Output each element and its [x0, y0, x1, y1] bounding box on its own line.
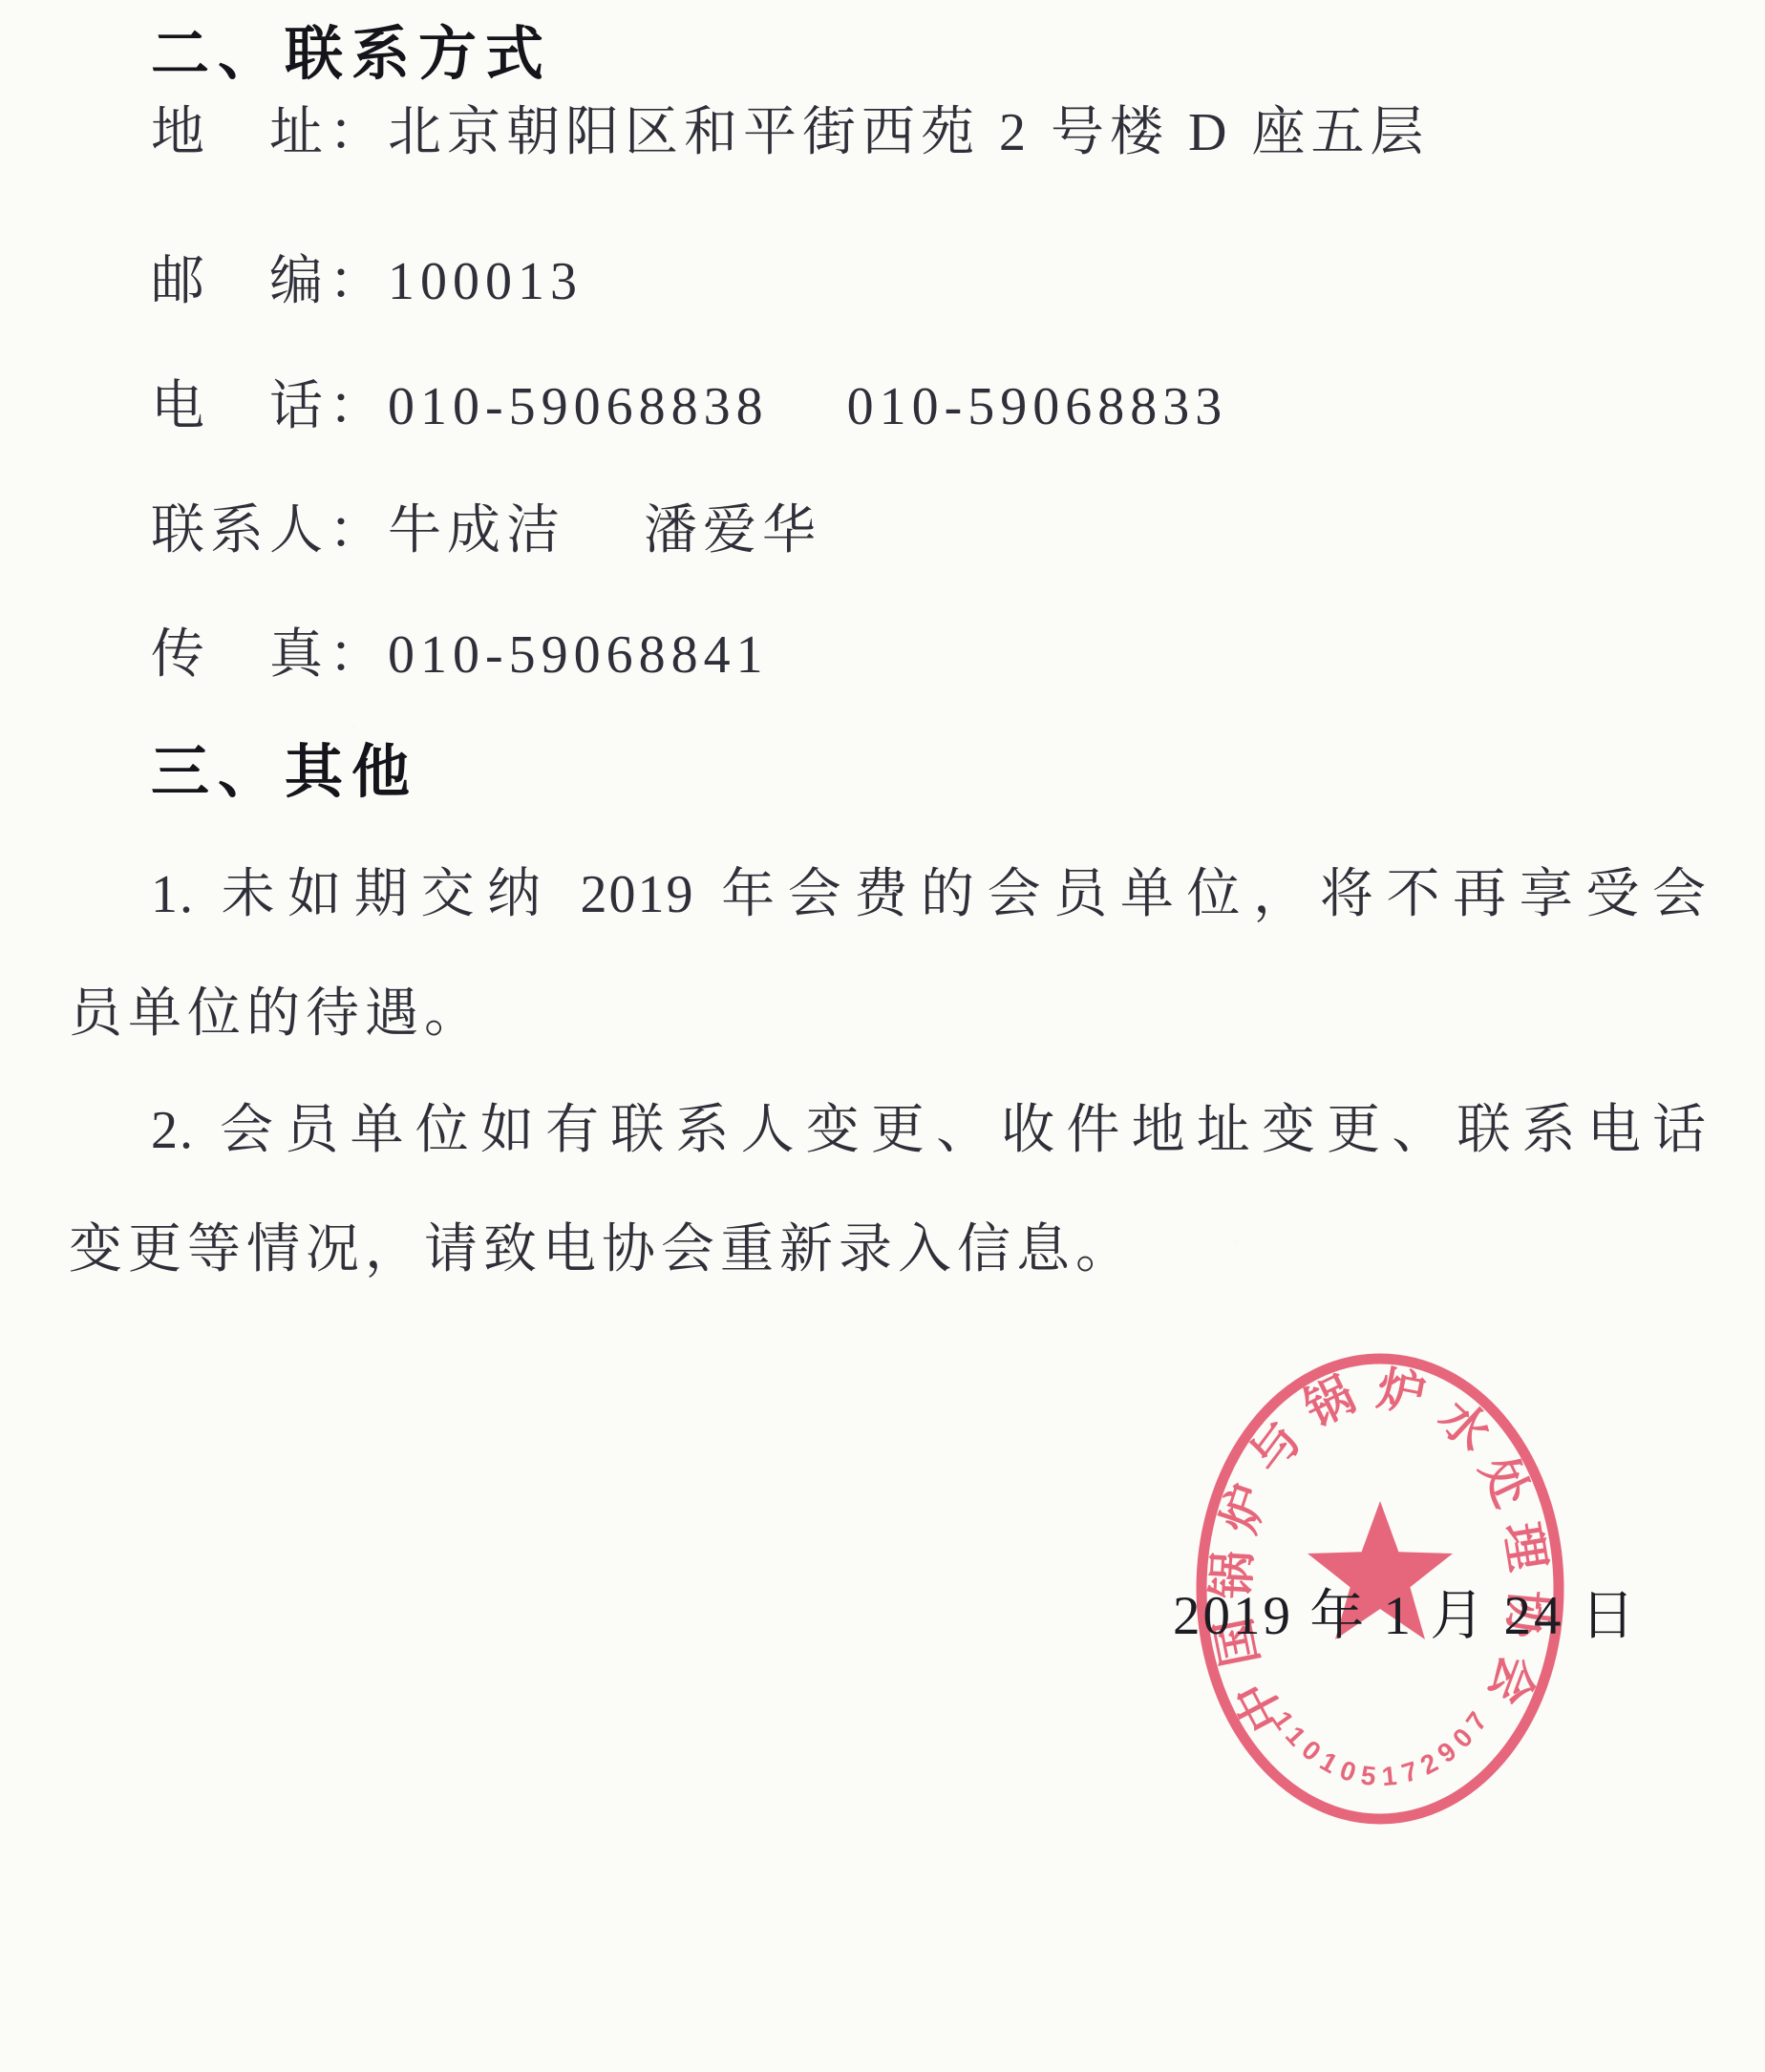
- other-item1-line1: 1. 未如期交纳 2019 年会费的会员单位，将不再享受会: [151, 852, 1708, 928]
- document-date: 2019 年 1 月 24 日: [1173, 1572, 1638, 1650]
- section-heading-contact: 二、联系方式: [151, 8, 552, 91]
- contact-line-address: 地 址：北京朝阳区和平街西苑 2 号楼 D 座五层: [151, 90, 1429, 166]
- section-heading-other: 三、其他: [151, 726, 418, 809]
- contact-line-fax: 传 真：010-59068841: [151, 612, 769, 688]
- contact-line-zipcode: 邮 编：100013: [151, 239, 583, 315]
- document-page: 二、联系方式 地 址：北京朝阳区和平街西苑 2 号楼 D 座五层 邮 编：100…: [0, 0, 1765, 2072]
- stamp-organization-name: 中国锅炉与锅炉水处理协会: [1204, 1362, 1556, 1740]
- contact-line-phone: 电 话：010-59068838 010-59068833: [151, 364, 1227, 440]
- other-item1-line2: 员单位的待遇。: [69, 971, 483, 1047]
- other-item2-line1: 2. 会员单位如有联系人变更、收件地址变更、联系电话: [151, 1088, 1708, 1164]
- other-item2-line2: 变更等情况，请致电协会重新录入信息。: [69, 1207, 1135, 1283]
- contact-line-person: 联系人：牛成洁 潘爱华: [151, 488, 821, 564]
